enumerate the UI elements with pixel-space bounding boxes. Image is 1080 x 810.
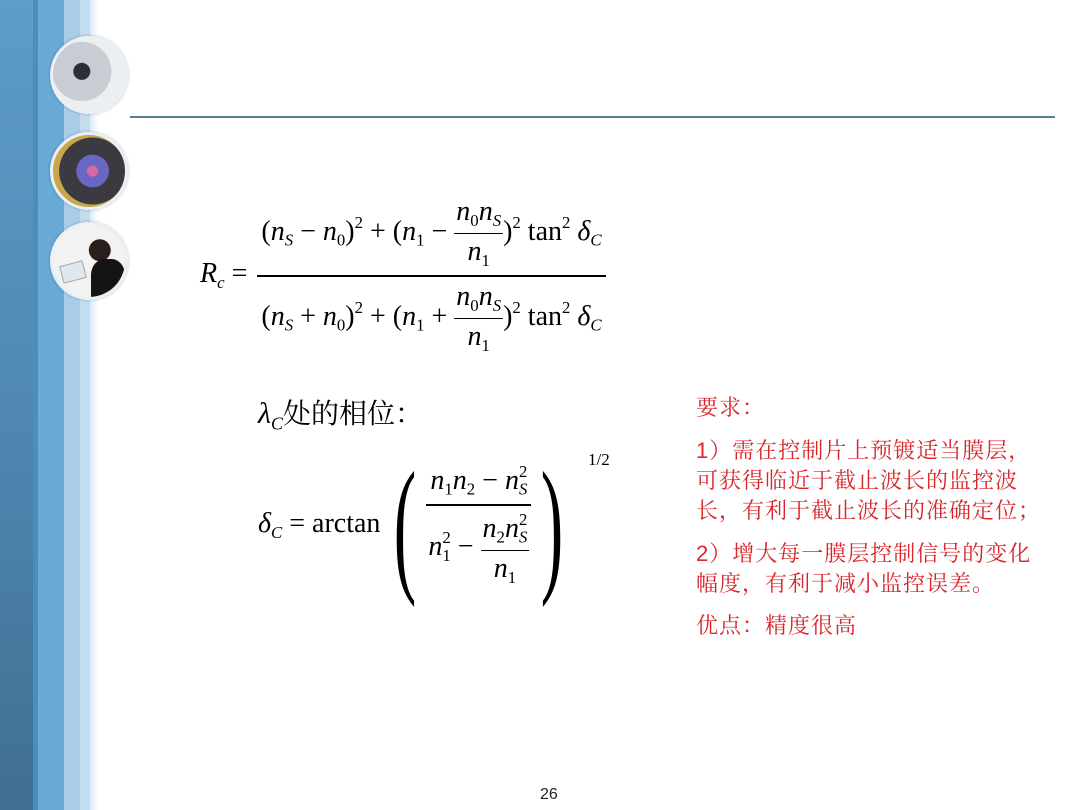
phase-label: λC处的相位： [258, 392, 423, 434]
photo-hands-device [50, 36, 128, 114]
decorative-sidebar [0, 0, 98, 810]
reflectance-denominator: (nS + n0)2 + (n1 + n0nSn1)2 tan2 δC [257, 277, 605, 356]
reflectance-numerator: (nS − n0)2 + (n1 − n0nSn1)2 tan2 δC [257, 196, 605, 277]
phase-lhs: δC = arctan [258, 508, 380, 543]
sidebar-stripe [90, 0, 98, 810]
requirement-2: 2）增大每一膜层控制信号的变化幅度，有利于减小监控误差。 [696, 539, 1052, 600]
page-number: 26 [540, 786, 558, 804]
notes-heading: 要求： [696, 394, 1052, 424]
sidebar-stripe [80, 0, 90, 810]
sidebar-stripe [64, 0, 80, 810]
sidebar-stripe [38, 0, 64, 810]
formula-lhs: Rc = [200, 258, 247, 293]
phase-formula: δC = arctan ( n1n2 − nS2 n12 − n2nS2n1 )… [258, 450, 577, 600]
sidebar-stripe [0, 0, 33, 810]
exponent: 1/2 [588, 450, 610, 470]
header-rule [130, 116, 1055, 118]
requirement-1: 1）需在控制片上预镀适当膜层，可获得临近于截止波长的监控波长，有利于截止波长的准… [696, 436, 1052, 527]
requirements-notes: 要求： 1）需在控制片上预镀适当膜层，可获得临近于截止波长的监控波长，有利于截止… [696, 394, 1052, 654]
reflectance-fraction: (nS − n0)2 + (n1 − n0nSn1)2 tan2 δC (nS … [257, 196, 605, 356]
right-paren: ) [541, 450, 563, 600]
reflectance-formula: Rc = (nS − n0)2 + (n1 − n0nSn1)2 tan2 δC… [200, 196, 606, 356]
phase-fraction: n1n2 − nS2 n12 − n2nS2n1 [424, 462, 533, 587]
photo-display-screen [50, 132, 128, 210]
photo-woman-tablet [50, 222, 128, 300]
advantage-note: 优点：精度很高 [696, 612, 1052, 642]
left-paren: ( [394, 450, 416, 600]
